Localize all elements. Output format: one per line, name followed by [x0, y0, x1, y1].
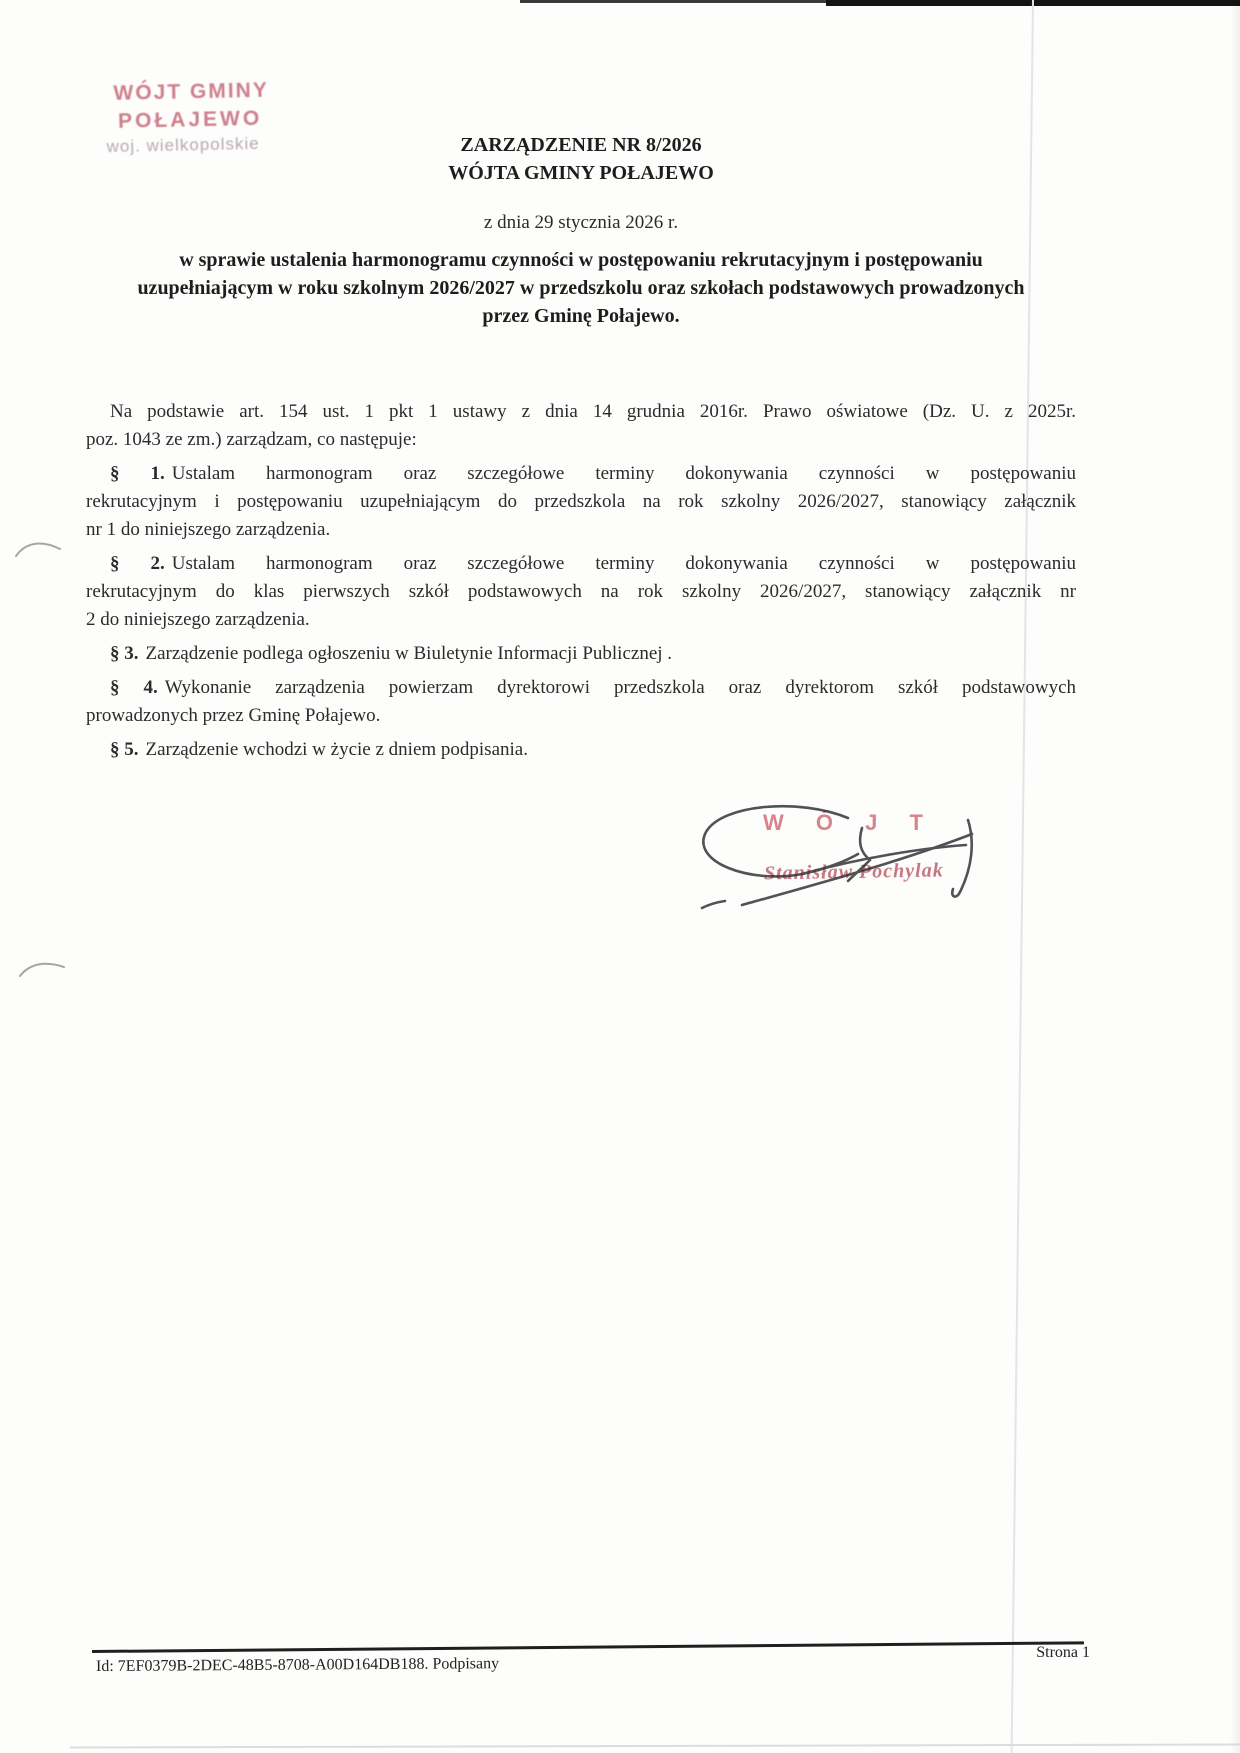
body-line-text: Zarządzenie wchodzi w życie z dniem podp…	[146, 739, 528, 760]
scan-artifact-top-bar	[520, 0, 830, 3]
section-marker: § 3.	[110, 643, 139, 664]
body-line: 2 do niniejszego zarządzenia.	[86, 606, 1076, 634]
section-marker: § 2.	[110, 553, 165, 574]
document-title-line2: WÓJTA GMINY POŁAJEWO	[86, 159, 1076, 187]
document-title: ZARZĄDZENIE NR 8/2026 WÓJTA GMINY POŁAJE…	[86, 131, 1076, 187]
section-marker: § 1.	[110, 463, 165, 484]
body-line: prowadzonych przez Gminę Połajewo.	[86, 702, 1076, 730]
scanned-document-page: WÓJT GMINY POŁAJEWO woj. wielkopolskie Z…	[0, 0, 1240, 1753]
body-line: § 2.Ustalam harmonogram oraz szczegółowe…	[86, 550, 1076, 578]
document-subject-line: uzupełniającym w roku szkolnym 2026/2027…	[86, 274, 1076, 302]
body-line: Na podstawie art. 154 ust. 1 pkt 1 ustaw…	[86, 398, 1076, 426]
body-line: § 1.Ustalam harmonogram oraz szczegółowe…	[86, 460, 1076, 488]
paragraph-5: § 5.Zarządzenie wchodzi w życie z dniem …	[86, 736, 1076, 764]
handwritten-signature	[630, 790, 990, 930]
section-marker: § 5.	[110, 739, 139, 760]
paragraph-1: § 1.Ustalam harmonogram oraz szczegółowe…	[86, 460, 1076, 544]
body-line-text: Ustalam harmonogram oraz szczegółowe ter…	[172, 463, 1076, 484]
body-line-text: Ustalam harmonogram oraz szczegółowe ter…	[172, 553, 1076, 574]
document-title-line1: ZARZĄDZENIE NR 8/2026	[86, 131, 1076, 159]
paragraph-3: § 3.Zarządzenie podlega ogłoszeniu w Biu…	[86, 640, 1076, 668]
footer-document-id: Id: 7EF0379B-2DEC-48B5-8708-A00D164DB188…	[96, 1655, 499, 1676]
footer-page-number: Strona 1	[1000, 1644, 1090, 1662]
body-line: nr 1 do niniejszego zarządzenia.	[86, 516, 1076, 544]
document-subject-line: przez Gminę Połajewo.	[86, 302, 1076, 330]
body-line: § 3.Zarządzenie podlega ogłoszeniu w Biu…	[86, 640, 1076, 668]
office-ink-stamp-line: WÓJT GMINY	[113, 78, 305, 106]
body-line-text: Zarządzenie podlega ogłoszeniu w Biulety…	[146, 643, 673, 664]
body-line: rekrutacyjnym do klas pierwszych szkół p…	[86, 578, 1076, 606]
body-line: poz. 1043 ze zm.) zarządzam, co następuj…	[86, 426, 1076, 454]
document-subject-line: w sprawie ustalenia harmonogramu czynnoś…	[86, 246, 1076, 274]
document-date: z dnia 29 stycznia 2026 r.	[86, 212, 1076, 234]
paragraph-2: § 2.Ustalam harmonogram oraz szczegółowe…	[86, 550, 1076, 634]
body-line: § 5.Zarządzenie wchodzi w życie z dniem …	[86, 736, 1076, 764]
scan-artifact-page-edge	[70, 1743, 1240, 1748]
scan-artifact-page-edge	[1230, 0, 1240, 1753]
footer-divider	[92, 1641, 1084, 1653]
body-line-text: Wykonanie zarządzenia powierzam dyrektor…	[165, 677, 1076, 698]
section-marker: § 4.	[110, 677, 158, 698]
margin-pencil-mark	[14, 536, 64, 566]
legal-basis-paragraph: Na podstawie art. 154 ust. 1 pkt 1 ustaw…	[86, 398, 1076, 454]
margin-pencil-mark	[18, 958, 68, 984]
office-ink-stamp-line: POŁAJEWO	[118, 106, 306, 134]
document-body: Na podstawie art. 154 ust. 1 pkt 1 ustaw…	[86, 398, 1076, 770]
paragraph-4: § 4.Wykonanie zarządzenia powierzam dyre…	[86, 674, 1076, 730]
body-line: § 4.Wykonanie zarządzenia powierzam dyre…	[86, 674, 1076, 702]
document-subject: w sprawie ustalenia harmonogramu czynnoś…	[86, 246, 1076, 330]
body-line: rekrutacyjnym i postępowaniu uzupełniają…	[86, 488, 1076, 516]
